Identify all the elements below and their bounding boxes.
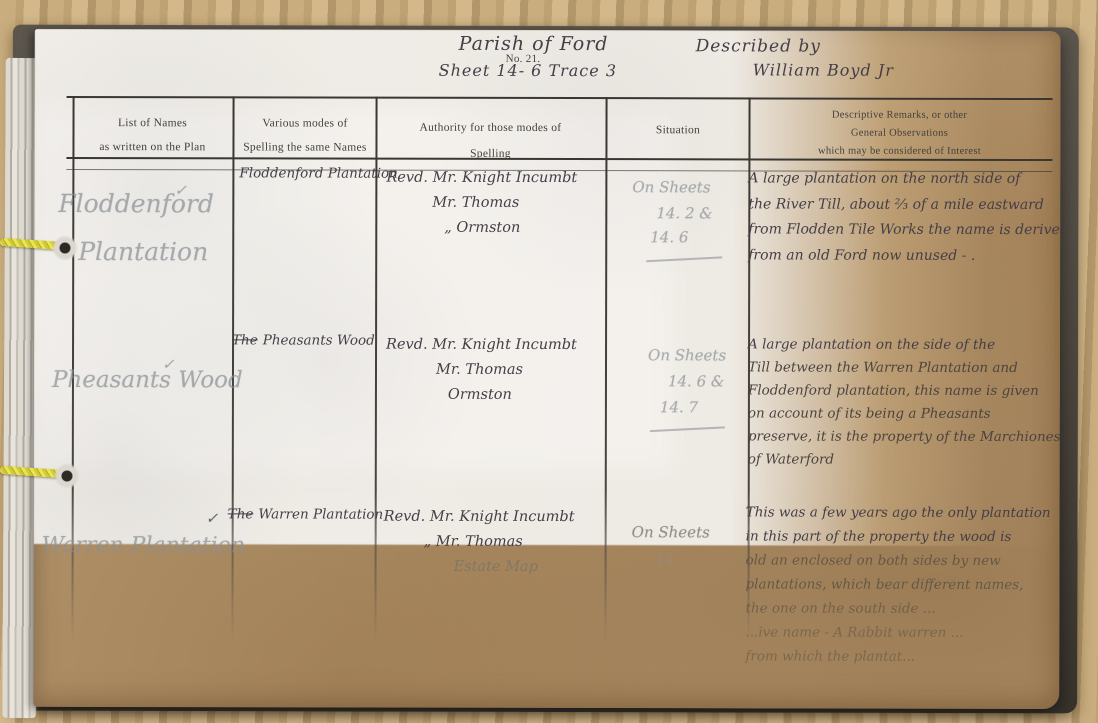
- remarks-line: on account of its being a Pheasants: [748, 402, 1056, 426]
- situation-entry: On Sheets: [648, 346, 726, 364]
- remarks-line: preserve, it is the property of the Marc…: [748, 425, 1056, 449]
- situation-entry: 14. 7: [660, 398, 698, 416]
- remarks-line: Till between the Warren Plantation and: [748, 356, 1056, 380]
- spelling-text: Floddenford Plantation: [239, 165, 398, 181]
- struck-word: The: [228, 506, 254, 522]
- remarks-line: plantations, which bear different names,: [746, 572, 1058, 597]
- spelling-entry: TheWarren Plantation: [228, 506, 384, 522]
- photo-of-name-book: { "book": { "header": { "parish": "Paris…: [0, 0, 1098, 723]
- situation-entry: 14. 6 &: [668, 372, 724, 390]
- remarks-line: old an enclosed on both sides by new: [746, 548, 1058, 573]
- column-header-line: which may be considered of Interest: [750, 142, 1048, 161]
- situation-entry: On Sheets: [632, 523, 710, 541]
- parish-title: Parish of Ford: [459, 33, 609, 55]
- remarks-line: A large plantation on the side of the: [748, 333, 1056, 357]
- surveyor-name: William Boyd Jr: [753, 60, 894, 79]
- punch-hole-top: [52, 235, 78, 261]
- column-header-line: Authority for those modes of: [377, 115, 603, 141]
- column-header-line: Spelling the same Names: [234, 135, 375, 159]
- remarks-line: ...ive name - A Rabbit warren ...: [745, 620, 1057, 645]
- punch-hole-bottom: [54, 463, 80, 489]
- authority-line: Mr. Thomas: [432, 191, 577, 216]
- authority-line: Revd. Mr. Knight Incumbt: [386, 166, 577, 191]
- remarks-line: This was a few years ago the only planta…: [746, 500, 1058, 525]
- remarks-line: from an old Ford now unused - .: [748, 243, 1056, 269]
- plan-name: Pheasants Wood: [52, 367, 243, 393]
- situation-entry: 14. 2 &: [656, 204, 712, 222]
- remarks-line: the River Till, about ⅔ of a mile eastwa…: [748, 192, 1056, 218]
- authority-line: Mr. Thomas: [436, 358, 577, 383]
- column-header-names: List of Names as written on the Plan: [74, 111, 230, 159]
- authority-line: „ Mr. Thomas: [424, 530, 575, 555]
- remarks-line: the one on the south side ...: [745, 596, 1057, 621]
- column-header-line: Spelling: [377, 141, 603, 167]
- plan-name: Warren Plantation: [42, 533, 245, 558]
- remarks-entry: A large plantation on the side of the Ti…: [748, 333, 1056, 472]
- column-header-authority: Authority for those modes of Spelling: [377, 115, 603, 167]
- authority-line: Estate Map: [454, 555, 575, 580]
- authority-line: „ Ormston: [444, 216, 577, 241]
- column-header-line: Descriptive Remarks, or other: [751, 106, 1049, 125]
- situation-entry: 14. 6: [650, 228, 688, 246]
- authority-line: Ormston: [448, 383, 577, 408]
- plan-name: Floddenford: [58, 189, 214, 218]
- remarks-line: from Flodden Tile Works the name is deri…: [748, 217, 1056, 243]
- column-header-line: General Observations: [750, 124, 1048, 143]
- authority-entry: Revd. Mr. Knight Incumbt Mr. Thomas Orms…: [386, 333, 577, 408]
- check-mark: ✓: [206, 509, 219, 527]
- plan-name: Plantation: [78, 237, 208, 266]
- situation-entry: 14.: [656, 550, 680, 568]
- remarks-line: of Waterford: [748, 448, 1056, 472]
- column-header-line: as written on the Plan: [74, 135, 230, 159]
- column-header-spelling: Various modes of Spelling the same Names: [234, 111, 375, 159]
- remarks-line: Floddenford plantation, this name is giv…: [748, 379, 1056, 403]
- authority-entry: Revd. Mr. Knight Incumbt Mr. Thomas „ Or…: [386, 166, 577, 241]
- check-mark: ✓: [174, 181, 187, 199]
- spelling-entry: Floddenford Plantation: [234, 165, 398, 181]
- remarks-entry: A large plantation on the north side of …: [748, 166, 1056, 269]
- sheet-trace-line: Sheet 14- 6 Trace 3: [439, 61, 617, 80]
- authority-line: Revd. Mr. Knight Incumbt: [386, 333, 577, 358]
- column-header-situation: Situation: [607, 124, 748, 136]
- authority-line: Revd. Mr. Knight Incumbt: [384, 505, 575, 530]
- column-header-remarks: Descriptive Remarks, or other General Ob…: [750, 106, 1048, 161]
- remarks-line: in this part of the property the wood is: [746, 524, 1058, 549]
- described-by-label: Described by: [696, 36, 821, 56]
- spelling-entry: ThePheasants Wood: [232, 332, 375, 348]
- remarks-entry: This was a few years ago the only planta…: [745, 500, 1057, 669]
- check-mark: ✓: [162, 355, 175, 373]
- column-header-line: List of Names: [74, 111, 230, 135]
- struck-word: The: [232, 332, 258, 348]
- spelling-text: Pheasants Wood: [263, 332, 375, 348]
- spelling-text: Warren Plantation: [258, 506, 383, 522]
- name-book-page: Parish of Ford No. 21. Sheet 14- 6 Trace…: [33, 29, 1060, 709]
- situation-entry: On Sheets: [632, 178, 710, 196]
- authority-entry: Revd. Mr. Knight Incumbt „ Mr. Thomas Es…: [384, 505, 575, 580]
- remarks-line: A large plantation on the north side of: [748, 166, 1056, 192]
- column-header-line: Various modes of: [234, 111, 375, 135]
- remarks-line: from which the plantat...: [745, 644, 1057, 669]
